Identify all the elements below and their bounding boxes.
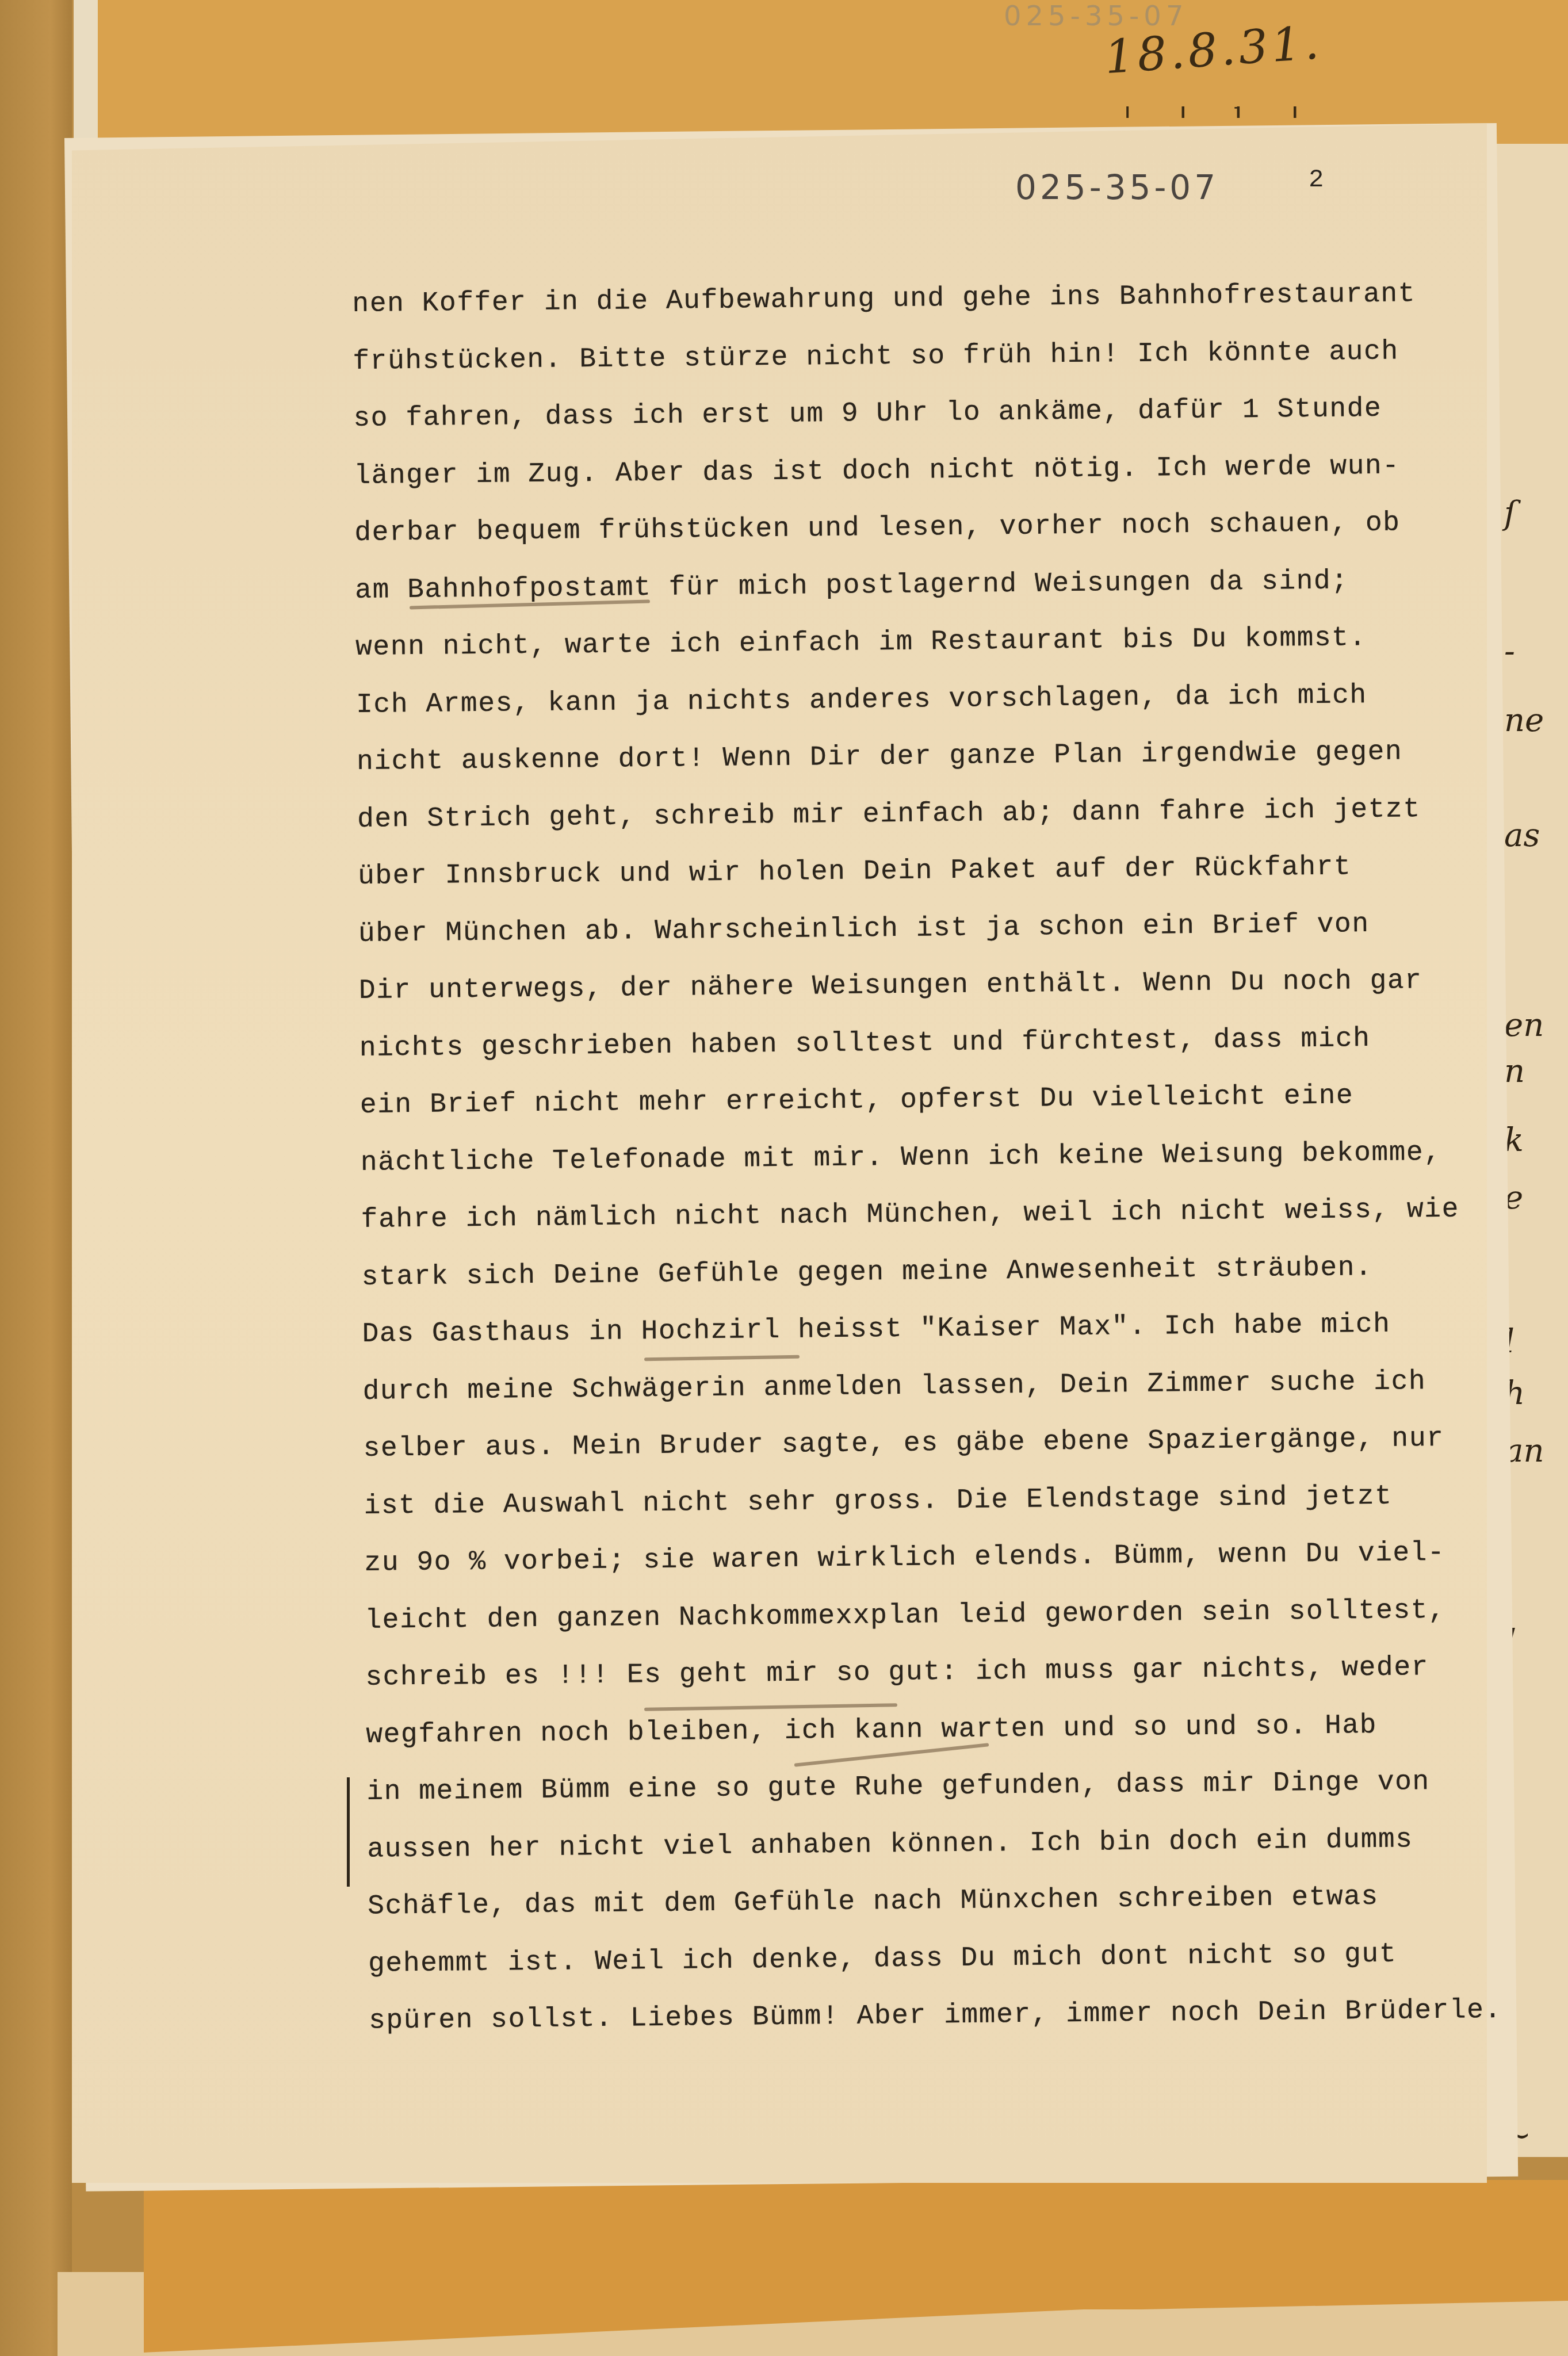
letter-line: Dir unterwegs, der nähere Weisungen enth…: [358, 952, 1509, 1020]
letter-line: ist die Auswahl nicht sehr gross. Die El…: [364, 1467, 1515, 1535]
letter-line: schreib es !!! Es geht mir so gut: ich m…: [365, 1639, 1516, 1707]
letter-line: derbar bequem frühstücken und lesen, vor…: [354, 494, 1505, 563]
letter-line: Ich Armes, kann ja nichts anderes vorsch…: [356, 666, 1507, 734]
letter-line: so fahren, dass ich erst um 9 Uhr lo ank…: [353, 380, 1504, 448]
letter-line: gehemmt ist. Weil ich denke, dass Du mic…: [368, 1925, 1519, 1993]
letter-line: nicht auskenne dort! Wenn Dir der ganze …: [357, 723, 1508, 791]
letter-line: selber aus. Mein Bruder sagte, es gäbe e…: [363, 1410, 1514, 1478]
underlying-handwriting: ſ: [1504, 495, 1516, 532]
letter-line: stark sich Deine Gefühle gegen meine Anw…: [361, 1238, 1512, 1306]
letter-line: frühstücken. Bitte stürze nicht so früh …: [353, 322, 1504, 391]
underlying-handwriting: ne: [1504, 702, 1544, 739]
letter-line: ein Brief nicht mehr erreicht, opferst D…: [360, 1066, 1510, 1135]
letter-line: wenn nicht, warte ich einfach im Restaur…: [355, 609, 1506, 677]
letter-body: nen Koffer in die Aufbewahrung und gehe …: [352, 265, 1520, 2051]
folder-handwriting-fragment: .,|lſl.: [1012, 106, 1415, 118]
letter-line: länger im Zug. Aber das ist doch nicht n…: [354, 437, 1505, 505]
letter-line: nächtliche Telefonade mit mir. Wenn ich …: [360, 1123, 1511, 1192]
letter-line: nen Koffer in die Aufbewahrung und gehe …: [352, 265, 1503, 334]
letter-line: wegfahren noch bleiben, ich kann warten …: [366, 1696, 1517, 1764]
letter-line: über München ab. Wahrscheinlich ist ja s…: [358, 894, 1509, 963]
letter-line: spüren sollst. Liebes Bümm! Aber immer, …: [369, 1982, 1520, 2051]
letter-line: in meinem Bümm eine so gute Ruhe gefunde…: [366, 1753, 1517, 1822]
letter-line: fahre ich nämlich nicht nach München, we…: [361, 1181, 1512, 1249]
letter-line: leicht den ganzen Nachkommexxplan leid g…: [365, 1581, 1516, 1650]
letter-line: Das Gasthaus in Hochzirl heisst "Kaiser …: [362, 1295, 1513, 1364]
letter-line: aussen her nicht viel anhaben können. Ic…: [367, 1810, 1518, 1879]
letter-line: über Innsbruck und wir holen Dein Paket …: [358, 837, 1509, 906]
margin-mark: [347, 1777, 350, 1887]
folder-edge-left: [0, 0, 72, 2356]
letter-line: zu 9o % vorbei; sie waren wirklich elend…: [364, 1524, 1515, 1593]
archive-number: 025-35-07: [1015, 168, 1219, 207]
letter-line: den Strich geht, schreib mir einfach ab;…: [357, 780, 1508, 848]
page-number: 2: [1309, 166, 1324, 194]
letter-line: durch meine Schwägerin anmelden lassen, …: [362, 1352, 1513, 1421]
letter-line: am Bahnhofpostamt für mich postlagernd W…: [355, 551, 1506, 619]
letter-line: nichts geschrieben haben solltest und fü…: [359, 1009, 1510, 1077]
underlying-handwriting: as: [1504, 817, 1540, 854]
letter-line: Schäfle, das mit dem Gefühle nach Münxch…: [368, 1868, 1519, 1936]
underlying-handwriting: en: [1504, 1007, 1544, 1044]
